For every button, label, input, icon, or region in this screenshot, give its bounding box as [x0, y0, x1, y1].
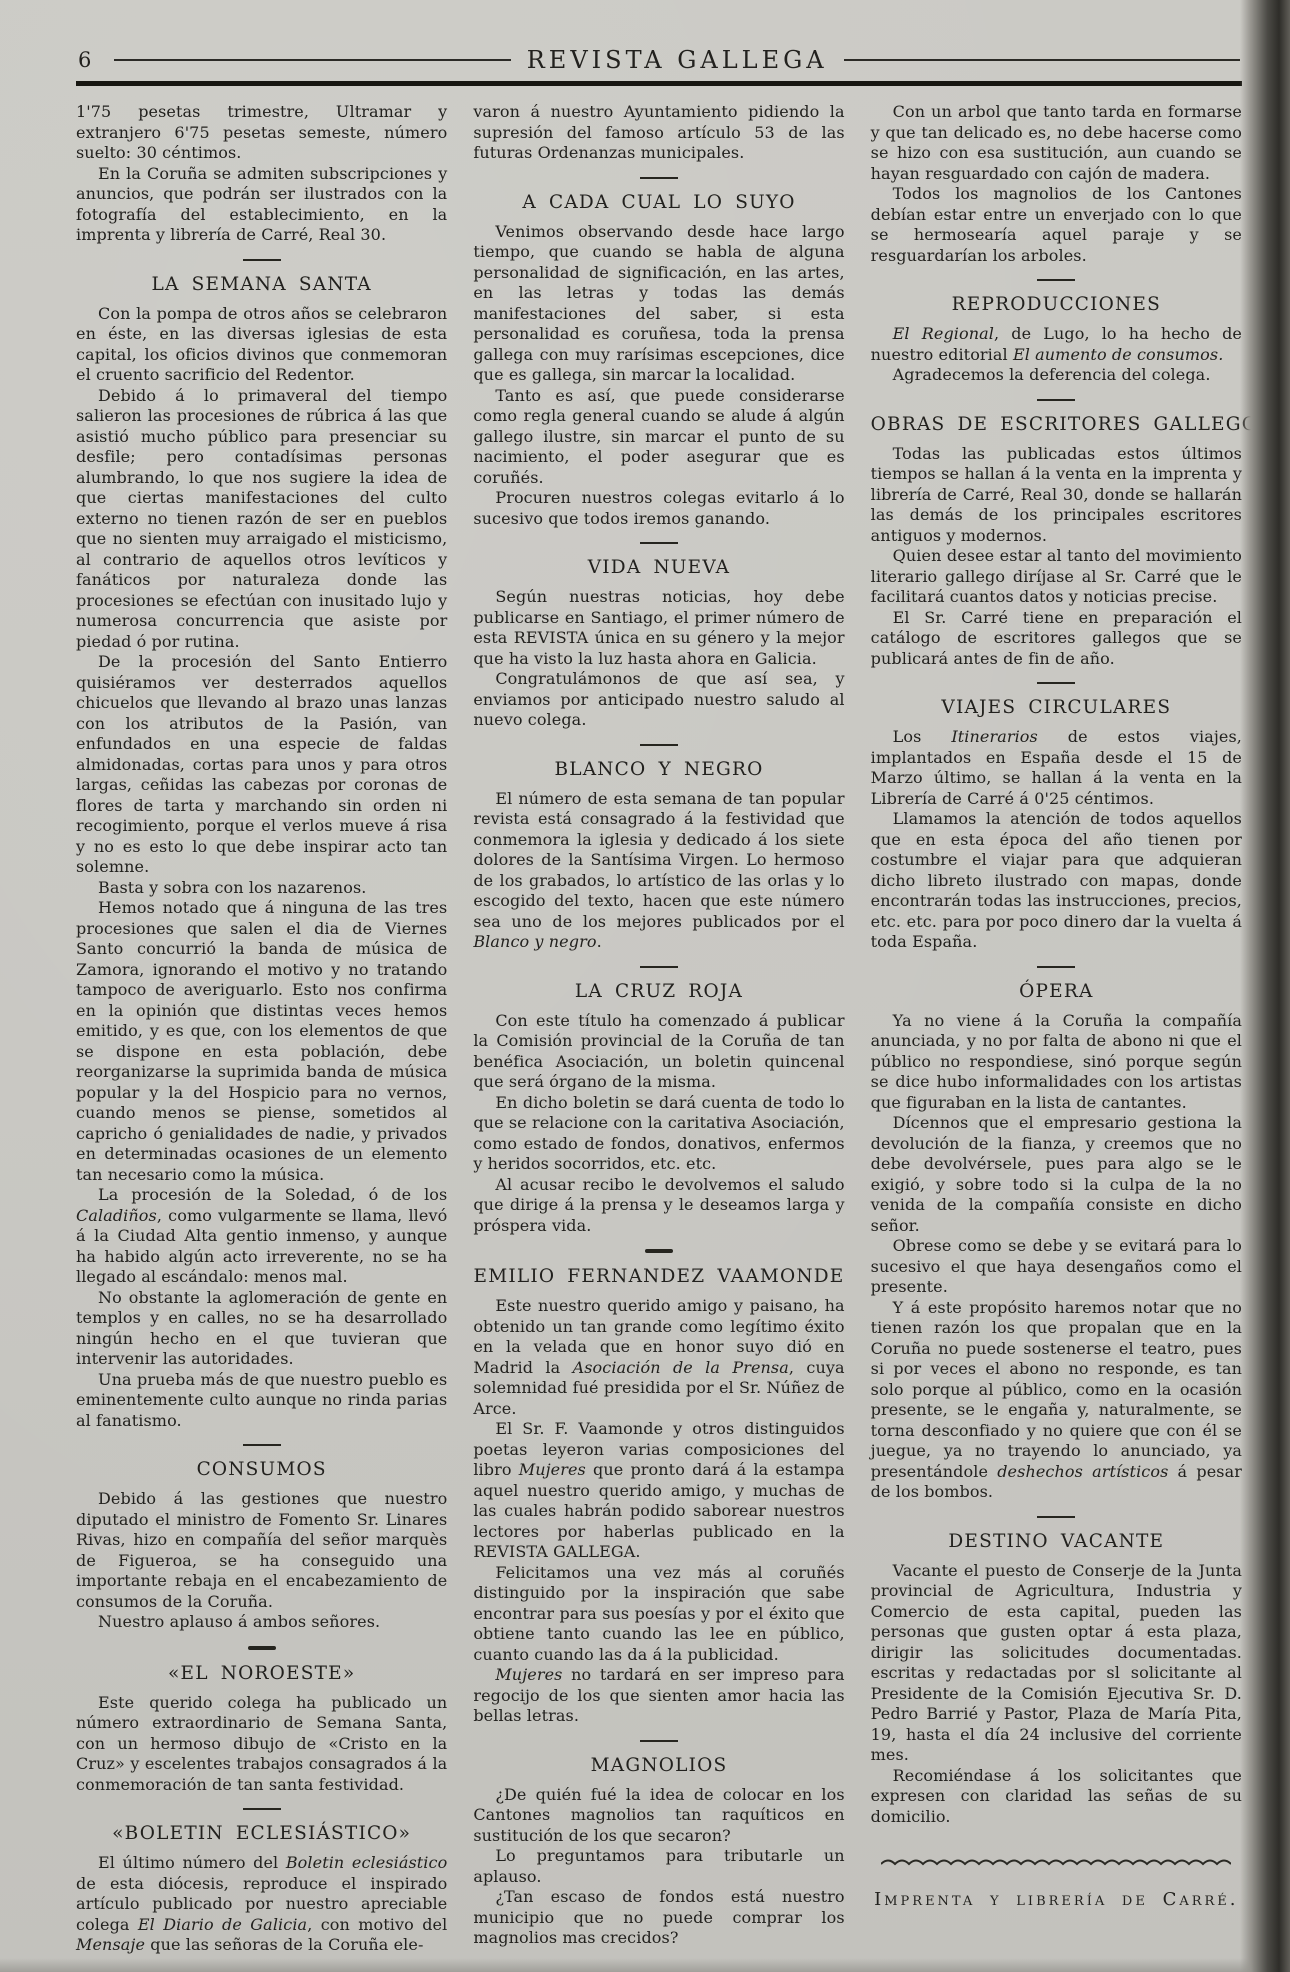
paragraph: Según nuestras noticias, hoy debe public… [473, 587, 844, 669]
article-heading: BLANCO Y NEGRO [473, 759, 844, 780]
paragraph: Los Itinerarios de estos viajes, implant… [871, 727, 1242, 809]
paragraph: Ya no viene á la Coruña la compañía anun… [871, 1011, 1242, 1114]
paragraph: ¿De quién fué la idea de colocar en los … [473, 1785, 844, 1847]
column-3: Con un arbol que tanto tarda en formarse… [871, 102, 1242, 1956]
scan-edge-shadow [1240, 0, 1290, 1972]
section-divider [243, 1444, 281, 1446]
section-divider [1037, 279, 1075, 281]
paragraph: Lo preguntamos para tributarle un aplaus… [473, 1846, 844, 1887]
paragraph: La procesión de la Soledad, ó de los Cal… [76, 1185, 447, 1288]
paragraph: Todas las publicadas estos últimos tiemp… [871, 444, 1242, 547]
section-divider [1037, 399, 1075, 401]
page-number: 6 [78, 48, 98, 72]
column-1: 1'75 pesetas trimestre, Ultramar y extra… [76, 102, 447, 1956]
page-header: 6 REVISTA GALLEGA [78, 46, 1240, 74]
paragraph: Al acusar recibo le devolvemos el saludo… [473, 1175, 844, 1237]
paragraph: Felicitamos una vez más al coruñés disti… [473, 1563, 844, 1666]
article-heading: REPRODUCCIONES [871, 294, 1242, 315]
article-heading: OBRAS DE ESCRITORES GALLEGOS [871, 414, 1242, 435]
section-divider [243, 1808, 281, 1810]
paragraph: De la procesión del Santo Entierro quisi… [76, 652, 447, 878]
paragraph: En dicho boletin se dará cuenta de todo … [473, 1093, 844, 1175]
section-divider [640, 542, 678, 544]
article-columns: 1'75 pesetas trimestre, Ultramar y extra… [76, 102, 1242, 1956]
paragraph: Debido á lo primaveral del tiempo salier… [76, 386, 447, 653]
article-heading: «EL NOROESTE» [76, 1663, 447, 1684]
article-heading: «BOLETIN ECLESIÁSTICO» [76, 1823, 447, 1844]
paragraph: Obrese como se debe y se evitará para lo… [871, 1236, 1242, 1298]
paragraph: 1'75 pesetas trimestre, Ultramar y extra… [76, 102, 447, 164]
paragraph: Con este título ha comenzado á publicar … [473, 1011, 844, 1093]
paragraph: Este querido colega ha publicado un núme… [76, 1693, 447, 1796]
section-divider [1037, 966, 1075, 968]
paragraph: varon á nuestro Ayuntamiento pidiendo la… [473, 102, 844, 164]
paragraph: Una prueba más de que nuestro pueblo es … [76, 1370, 447, 1432]
paragraph: Llamamos la atención de todos aquellos q… [871, 809, 1242, 953]
paragraph: Con un arbol que tanto tarda en formarse… [871, 102, 1242, 184]
paragraph: El último número del Boletin eclesiástic… [76, 1853, 447, 1956]
article-heading: VIDA NUEVA [473, 557, 844, 578]
header-rule-right [844, 59, 1240, 61]
paragraph: Basta y sobra con los nazarenos. [76, 878, 447, 899]
paragraph: Hemos notado que á ninguna de las tres p… [76, 898, 447, 1185]
article-heading: CONSUMOS [76, 1459, 447, 1480]
article-heading: LA CRUZ ROJA [473, 981, 844, 1002]
paragraph: Procuren nuestros colegas evitarlo á lo … [473, 488, 844, 529]
wavy-rule [871, 1857, 1242, 1867]
paragraph: Dícennos que el empresario gestiona la d… [871, 1113, 1242, 1236]
section-divider [248, 1646, 276, 1650]
paragraph: Congratulámonos de que así sea, y enviam… [473, 669, 844, 731]
article-heading: ÓPERA [871, 981, 1242, 1002]
article-heading: MAGNOLIOS [473, 1755, 844, 1776]
scan-bottom-shadow [0, 1958, 1290, 1972]
paragraph: ¿Tan escaso de fondos está nuestro munic… [473, 1887, 844, 1949]
paragraph: Todos los magnolios de los Cantones debí… [871, 184, 1242, 266]
paragraph: En la Coruña se admiten subscripciones y… [76, 164, 447, 246]
paragraph: Este nuestro querido amigo y paisano, ha… [473, 1296, 844, 1419]
paragraph: Nuestro aplauso á ambos señores. [76, 1612, 447, 1633]
paragraph: El Sr. Carré tiene en preparación el cat… [871, 608, 1242, 670]
section-divider [1037, 1516, 1075, 1518]
section-divider [243, 259, 281, 261]
paragraph: Tanto es así, que puede considerarse com… [473, 386, 844, 489]
paragraph: Recomiéndase á los solicitantes que expr… [871, 1766, 1242, 1828]
paragraph: Y á este propósito haremos notar que no … [871, 1298, 1242, 1503]
paragraph: Debido á las gestiones que nuestro diput… [76, 1489, 447, 1612]
imprint-footer: Imprenta y librería de Carré. [871, 1889, 1242, 1910]
header-rule [76, 81, 1242, 86]
section-divider [640, 177, 678, 179]
paragraph: Vacante el puesto de Conserje de la Junt… [871, 1561, 1242, 1766]
masthead: REVISTA GALLEGA [527, 46, 828, 74]
section-divider [640, 744, 678, 746]
article-heading: EMILIO FERNANDEZ VAAMONDE [473, 1266, 844, 1287]
section-divider [1037, 682, 1075, 684]
paragraph: No obstante la aglomeración de gente en … [76, 1288, 447, 1370]
article-heading: VIAJES CIRCULARES [871, 697, 1242, 718]
paragraph: Mujeres no tardará en ser impreso para r… [473, 1665, 844, 1727]
article-heading: LA SEMANA SANTA [76, 274, 447, 295]
section-divider [640, 1740, 678, 1742]
section-divider [645, 1249, 673, 1253]
paragraph: El número de esta semana de tan popular … [473, 789, 844, 953]
paragraph: Agradecemos la deferencia del colega. [871, 365, 1242, 386]
header-rule-left [114, 59, 510, 61]
article-heading: DESTINO VACANTE [871, 1531, 1242, 1552]
article-heading: A CADA CUAL LO SUYO [473, 192, 844, 213]
paragraph: Venimos observando desde hace largo tiem… [473, 222, 844, 386]
column-2: varon á nuestro Ayuntamiento pidiendo la… [473, 102, 844, 1956]
paragraph: Quien desee estar al tanto del movimient… [871, 546, 1242, 608]
section-divider [640, 966, 678, 968]
paragraph: Con la pompa de otros años se celebraron… [76, 304, 447, 386]
paragraph: El Regional, de Lugo, lo ha hecho de nue… [871, 324, 1242, 365]
paragraph: El Sr. F. Vaamonde y otros distinguidos … [473, 1419, 844, 1563]
